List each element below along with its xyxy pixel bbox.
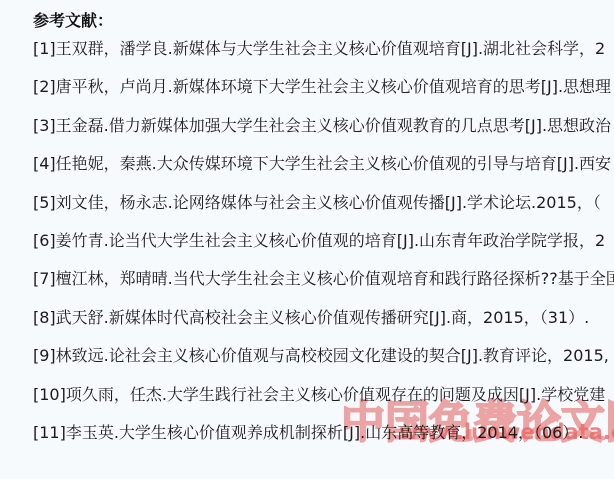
reference-item-7: [7]檀江林，郑晴晴.当代大学生社会主义核心价值观培育和践行路径探析??基于全国: [0, 260, 614, 298]
references-heading: 参考文献：: [33, 8, 113, 31]
reference-item-11: [11]李玉英.大学生核心价值观养成机制探析[J].山东高等教育，2014，（0…: [0, 414, 614, 452]
reference-item-2: [2]唐平秋，卢尚月.新媒体环境下大学生社会主义核心价值观培育的思考[J].思想…: [0, 68, 614, 106]
document-page: 参考文献： [1]王双群，潘学良.新媒体与大学生社会主义核心价值观培育[J].湖…: [0, 0, 614, 479]
reference-list: [1]王双群，潘学良.新媒体与大学生社会主义核心价值观培育[J].湖北社会科学，…: [0, 30, 614, 452]
reference-item-6: [6]姜竹青.论当代大学生社会主义核心价值观的培育[J].山东青年政治学院学报，…: [0, 222, 614, 260]
reference-item-3: [3]王金磊.借力新媒体加强大学生社会主义核心价值观教育的几点思考[J].思想政…: [0, 107, 614, 145]
reference-item-9: [9]林致远.论社会主义核心价值观与高校校园文化建设的契合[J].教育评论，20…: [0, 337, 614, 375]
reference-item-8: [8]武天舒.新媒体时代高校社会主义核心价值观传播研究[J].商，2015，（3…: [0, 299, 614, 337]
reference-item-5: [5]刘文佳，杨永志.论网络媒体与社会主义核心价值观传播[J].学术论坛.201…: [0, 184, 614, 222]
reference-item-10: [10]项久雨，任杰.大学生践行社会主义核心价值观存在的问题及成因[J].学校党…: [0, 376, 614, 414]
reference-item-1: [1]王双群，潘学良.新媒体与大学生社会主义核心价值观培育[J].湖北社会科学，…: [0, 30, 614, 68]
reference-item-4: [4]任艳妮，秦燕.大众传媒环境下大学生社会主义核心价值观的引导与培育[J].西…: [0, 145, 614, 183]
